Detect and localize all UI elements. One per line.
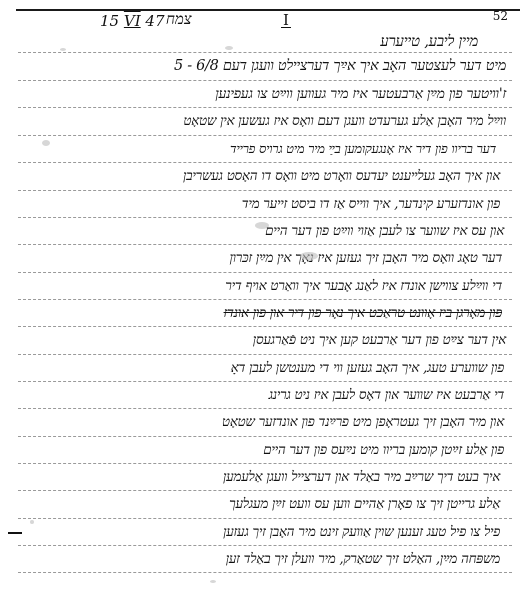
text-line: דער טאָג וואָס מיר האָבן זיך געזען איז נ… [230,250,503,266]
ruled-line [18,52,512,53]
ruled-line [18,272,512,273]
scan-speck [300,252,318,260]
ruled-line [18,436,512,437]
text-line: אַלע גרייטן זיך צו פאָרן אַהיים ווען עס … [229,496,500,512]
ruled-line [18,135,512,136]
ruled-line [18,326,512,327]
text-line: פון אַלע זײַטן קומען בריוו מיט נײַעס פון… [263,442,504,458]
text-line: און איך האָב געלייענט יעדעס וואָרט מיט ו… [183,168,500,184]
ruled-line [18,244,512,245]
header-date: 15 VI 47 [100,12,165,30]
text-line: און מיר האָבן זיך געטראָפן מיט פרײַנד פו… [222,414,504,430]
text-line: און עס איז שווער צו לעבן אַזוי ווײַט פון… [265,223,504,239]
text-line: די ווײַלע צווישן אונדז איז לאַנג אָבער א… [225,278,502,294]
section-numeral: I [281,13,291,28]
ruled-line [18,80,512,81]
text-line: משפּחה מײַן, האַלט זיך שטאַרק, מיר וועלן… [226,551,500,567]
ruled-line [18,217,512,218]
margin-dash-mark [8,532,22,534]
text-line: די אַרבעט איז שווער און דאָס לעבן איז ני… [269,387,504,403]
date-day: 15 [100,12,119,30]
text-line: פון שווערע טעג, איך האָב געזען ווי די מע… [231,360,504,376]
text-line: פון אונדזערע קינדער, איך ווייס אַז דו בי… [242,196,500,212]
ruled-line [18,107,512,108]
top-border-rule [16,9,520,11]
text-line: אין דער צײַט פון דער אַרבעט קען איך ניט … [253,332,506,348]
date-year: 47 [145,12,164,30]
ruled-line [18,545,512,546]
text-line: ז'וויטער פון מײַן אַרבעטער איז מיר געווע… [215,86,506,103]
ruled-line [18,190,512,191]
ruled-line [18,408,512,409]
ruled-line [18,381,512,382]
scan-speck [30,520,34,524]
date-month-roman: VI [124,12,141,30]
text-line: פיל צו פיל טעג זענען שוין אַוועק זינט מי… [223,524,500,540]
page-number: 52 [493,9,508,23]
scan-speck [225,46,233,50]
ruled-line [18,299,512,300]
scan-speck [210,580,216,583]
ruled-line [18,490,512,491]
scan-speck [42,140,50,146]
text-line: דער בריוו פון דיר איז אָנגעקומען בײַ מיר… [230,141,496,157]
text-line-struck: פון מאָרגן ביז אָוונט טראַכט איך נאָר פו… [224,305,502,321]
ruled-line [18,463,512,464]
scan-speck [60,48,66,51]
letter-page: 15 VI 47 צמח I 52 מיין ליבע, טייערע מיט … [0,0,520,600]
ruled-line [18,162,512,163]
salutation: מיין ליבע, טייערע [380,32,478,51]
header-word: צמח [166,10,192,29]
text-line: ווײַל מיר האָבן אַלע גערעדט וועגן דעם וו… [183,113,506,129]
scan-speck [255,222,269,229]
text-line: איך בעט דיך שרײַב מיר באַלד און דערצייל … [223,469,500,485]
ruled-line [18,518,512,519]
ruled-line [18,572,512,573]
ruled-line [18,354,512,355]
text-line: מיט דער לעצטער האָב איך אײַך דערציילט וו… [174,58,506,75]
